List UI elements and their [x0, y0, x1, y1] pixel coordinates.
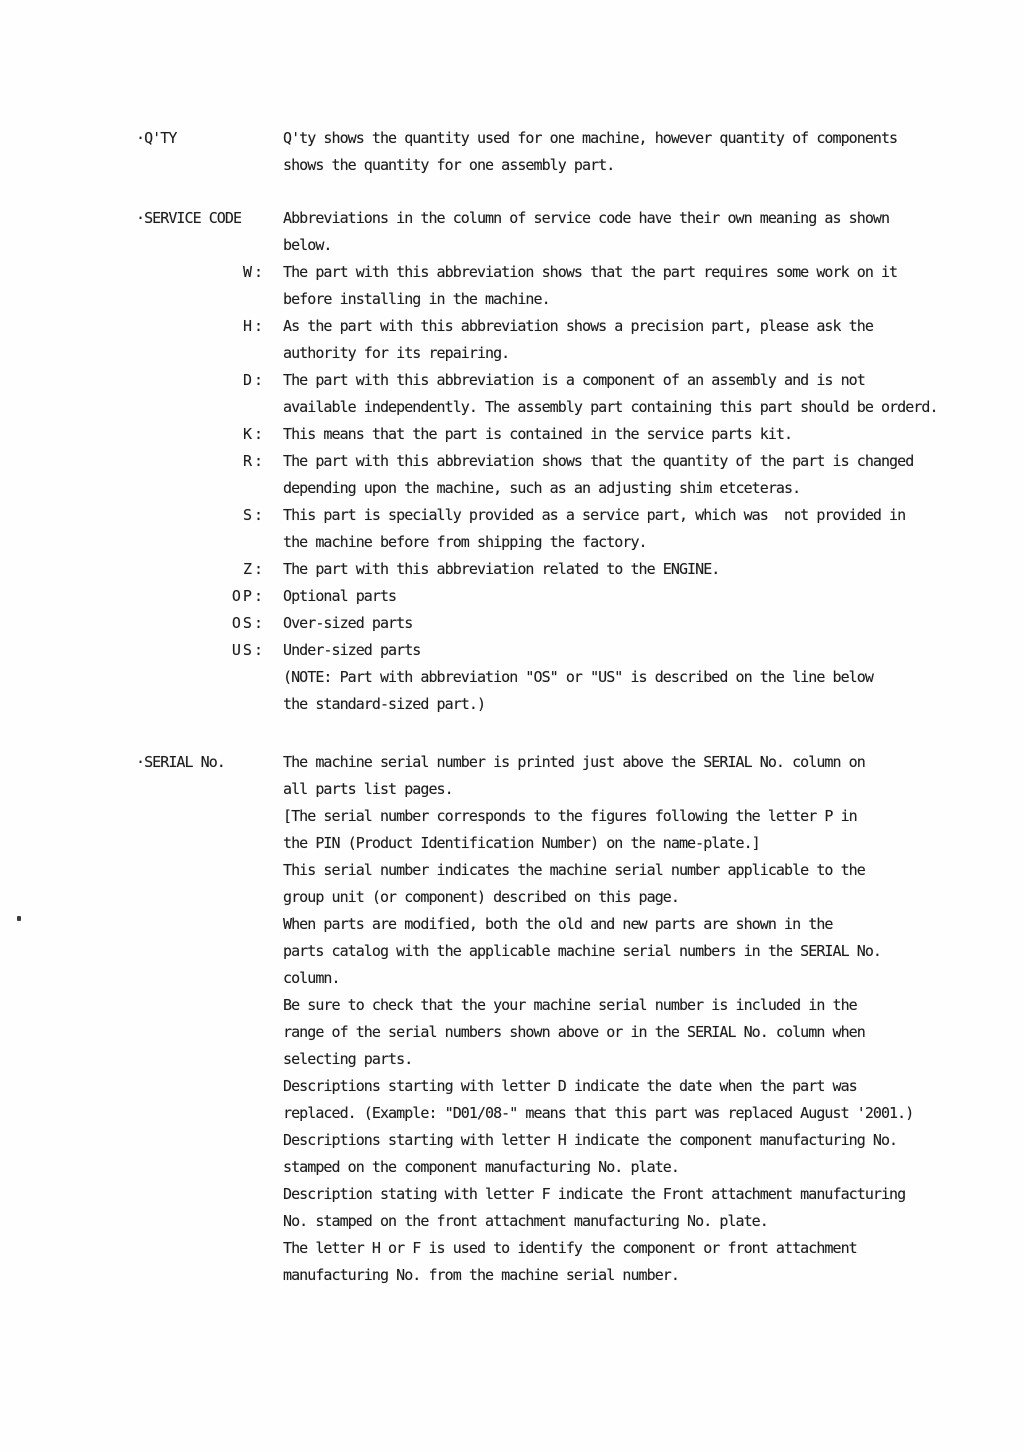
- left-column: OS:: [136, 610, 283, 637]
- line-text: The letter H or F is used to identify th…: [283, 1235, 1024, 1262]
- line-text: Over-sized parts: [283, 610, 1024, 637]
- line-text: the machine before from shipping the fac…: [283, 529, 1024, 556]
- text-line: group unit (or component) described on t…: [136, 884, 1024, 911]
- service-code-abbr: H:: [243, 313, 283, 340]
- line-text: selecting parts.: [283, 1046, 1024, 1073]
- line-text: below.: [283, 232, 1024, 259]
- line-text: manufacturing No. from the machine seria…: [283, 1262, 1024, 1289]
- line-text: Be sure to check that the your machine s…: [283, 992, 1024, 1019]
- section-label: ·SERIAL No.: [136, 749, 225, 776]
- line-text: Descriptions starting with letter H indi…: [283, 1127, 1024, 1154]
- line-text: This serial number indicates the machine…: [283, 857, 1024, 884]
- section-label: ·SERVICE CODE: [136, 205, 241, 232]
- line-text: the standard-sized part.): [283, 691, 1024, 718]
- line-text: The part with this abbreviation shows th…: [283, 448, 1024, 475]
- left-column: S:: [136, 502, 283, 529]
- text-line: ·Q'TYQ'ty shows the quantity used for on…: [136, 125, 1024, 152]
- service-code-abbr: K:: [243, 421, 283, 448]
- line-text: [The serial number corresponds to the fi…: [283, 803, 1024, 830]
- text-line: selecting parts.: [136, 1046, 1024, 1073]
- text-line: all parts list pages.: [136, 776, 1024, 803]
- text-line: [The serial number corresponds to the fi…: [136, 803, 1024, 830]
- left-column: R:: [136, 448, 283, 475]
- left-column: Z:: [136, 556, 283, 583]
- document-section: ·SERIAL No.The machine serial number is …: [136, 749, 1024, 1289]
- text-line: K:This means that the part is contained …: [136, 421, 1024, 448]
- text-line: shows the quantity for one assembly part…: [136, 152, 1024, 179]
- text-line: depending upon the machine, such as an a…: [136, 475, 1024, 502]
- line-text: As the part with this abbreviation shows…: [283, 313, 1024, 340]
- left-column: ·SERIAL No.: [136, 749, 283, 776]
- left-column: K:: [136, 421, 283, 448]
- text-line: R:The part with this abbreviation shows …: [136, 448, 1024, 475]
- line-text: authority for its repairing.: [283, 340, 1024, 367]
- service-code-abbr: W:: [243, 259, 283, 286]
- text-line: ·SERVICE CODEAbbreviations in the column…: [136, 205, 1024, 232]
- text-line: before installing in the machine.: [136, 286, 1024, 313]
- line-text: The part with this abbreviation is a com…: [283, 367, 1024, 394]
- text-line: range of the serial numbers shown above …: [136, 1019, 1024, 1046]
- line-text: replaced. (Example: "D01/08-" means that…: [283, 1100, 1024, 1127]
- line-text: The machine serial number is printed jus…: [283, 749, 1024, 776]
- text-line: column.: [136, 965, 1024, 992]
- service-code-abbr: D:: [243, 367, 283, 394]
- line-text: Under-sized parts: [283, 637, 1024, 664]
- text-line: No. stamped on the front attachment manu…: [136, 1208, 1024, 1235]
- text-line: OP:Optional parts: [136, 583, 1024, 610]
- scanned-manual-page: ·Q'TYQ'ty shows the quantity used for on…: [0, 0, 1024, 1452]
- line-text: Descriptions starting with letter D indi…: [283, 1073, 1024, 1100]
- text-line: the standard-sized part.): [136, 691, 1024, 718]
- text-line: Be sure to check that the your machine s…: [136, 992, 1024, 1019]
- line-text: parts catalog with the applicable machin…: [283, 938, 1024, 965]
- left-column: ·Q'TY: [136, 125, 283, 152]
- text-line: the PIN (Product Identification Number) …: [136, 830, 1024, 857]
- line-text: Description stating with letter F indica…: [283, 1181, 1024, 1208]
- line-text: This means that the part is contained in…: [283, 421, 1024, 448]
- text-line: This serial number indicates the machine…: [136, 857, 1024, 884]
- line-text: before installing in the machine.: [283, 286, 1024, 313]
- line-text: The part with this abbreviation related …: [283, 556, 1024, 583]
- line-text: shows the quantity for one assembly part…: [283, 152, 1024, 179]
- line-text: When parts are modified, both the old an…: [283, 911, 1024, 938]
- service-code-abbr: S:: [243, 502, 283, 529]
- scan-speck-artifact: [17, 916, 21, 921]
- text-line: stamped on the component manufacturing N…: [136, 1154, 1024, 1181]
- text-line: H:As the part with this abbreviation sho…: [136, 313, 1024, 340]
- service-code-abbr: US:: [232, 637, 283, 664]
- line-text: the PIN (Product Identification Number) …: [283, 830, 1024, 857]
- left-column: H:: [136, 313, 283, 340]
- service-code-abbr: OP:: [232, 583, 283, 610]
- line-text: depending upon the machine, such as an a…: [283, 475, 1024, 502]
- section-label: ·Q'TY: [136, 125, 176, 152]
- line-text: Q'ty shows the quantity used for one mac…: [283, 125, 1024, 152]
- line-text: No. stamped on the front attachment manu…: [283, 1208, 1024, 1235]
- text-line: (NOTE: Part with abbreviation "OS" or "U…: [136, 664, 1024, 691]
- service-code-abbr: R:: [243, 448, 283, 475]
- line-text: group unit (or component) described on t…: [283, 884, 1024, 911]
- text-line: authority for its repairing.: [136, 340, 1024, 367]
- text-line: S:This part is specially provided as a s…: [136, 502, 1024, 529]
- text-line: OS:Over-sized parts: [136, 610, 1024, 637]
- line-text: This part is specially provided as a ser…: [283, 502, 1024, 529]
- text-line: manufacturing No. from the machine seria…: [136, 1262, 1024, 1289]
- document-body: ·Q'TYQ'ty shows the quantity used for on…: [136, 125, 1024, 1289]
- line-text: range of the serial numbers shown above …: [283, 1019, 1024, 1046]
- document-section: ·SERVICE CODEAbbreviations in the column…: [136, 205, 1024, 718]
- text-line: replaced. (Example: "D01/08-" means that…: [136, 1100, 1024, 1127]
- service-code-abbr: OS:: [232, 610, 283, 637]
- text-line: parts catalog with the applicable machin…: [136, 938, 1024, 965]
- document-section: ·Q'TYQ'ty shows the quantity used for on…: [136, 125, 1024, 179]
- line-text: column.: [283, 965, 1024, 992]
- left-column: D:: [136, 367, 283, 394]
- text-line: available independently. The assembly pa…: [136, 394, 1024, 421]
- text-line: Descriptions starting with letter H indi…: [136, 1127, 1024, 1154]
- text-line: D:The part with this abbreviation is a c…: [136, 367, 1024, 394]
- text-line: ·SERIAL No.The machine serial number is …: [136, 749, 1024, 776]
- line-text: stamped on the component manufacturing N…: [283, 1154, 1024, 1181]
- line-text: (NOTE: Part with abbreviation "OS" or "U…: [283, 664, 1024, 691]
- left-column: US:: [136, 637, 283, 664]
- line-text: all parts list pages.: [283, 776, 1024, 803]
- line-text: Abbreviations in the column of service c…: [283, 205, 1024, 232]
- line-text: The part with this abbreviation shows th…: [283, 259, 1024, 286]
- text-line: US:Under-sized parts: [136, 637, 1024, 664]
- text-line: the machine before from shipping the fac…: [136, 529, 1024, 556]
- text-line: below.: [136, 232, 1024, 259]
- text-line: W:The part with this abbreviation shows …: [136, 259, 1024, 286]
- text-line: The letter H or F is used to identify th…: [136, 1235, 1024, 1262]
- left-column: OP:: [136, 583, 283, 610]
- left-column: ·SERVICE CODE: [136, 205, 283, 232]
- line-text: Optional parts: [283, 583, 1024, 610]
- text-line: Z:The part with this abbreviation relate…: [136, 556, 1024, 583]
- service-code-abbr: Z:: [243, 556, 283, 583]
- line-text: available independently. The assembly pa…: [283, 394, 1024, 421]
- text-line: Description stating with letter F indica…: [136, 1181, 1024, 1208]
- text-line: Descriptions starting with letter D indi…: [136, 1073, 1024, 1100]
- text-line: When parts are modified, both the old an…: [136, 911, 1024, 938]
- left-column: W:: [136, 259, 283, 286]
